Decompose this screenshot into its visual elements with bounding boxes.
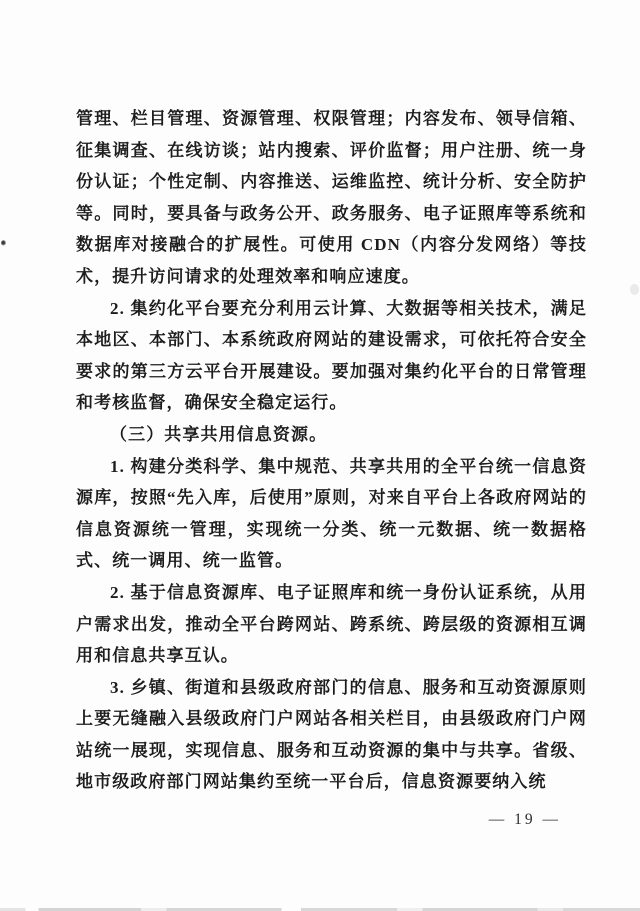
paragraph-continuation: 管理、栏目管理、资源管理、权限管理；内容发布、领导信箱、征集调查、在线访谈；站内…: [76, 103, 587, 293]
paragraph-item-3: 3. 乡镇、街道和县级政府部门的信息、服务和互动资源原则上要无缝融入县级政府门户…: [76, 672, 587, 798]
document-page: 管理、栏目管理、资源管理、权限管理；内容发布、领导信箱、征集调查、在线访谈；站内…: [0, 0, 640, 911]
page-number: — 19 —: [489, 811, 561, 829]
document-text-block: 管理、栏目管理、资源管理、权限管理；内容发布、领导信箱、征集调查、在线访谈；站内…: [76, 103, 587, 798]
section-heading: （三）共享共用信息资源。: [76, 419, 587, 451]
paragraph-item-1: 1. 构建分类科学、集中规范、共享共用的全平台统一信息资源库，按照“先入库，后使…: [76, 451, 587, 577]
scan-speck-artifact: [1, 240, 6, 246]
paragraph-item-2b: 2. 基于信息资源库、电子证照库和统一身份认证系统，从用户需求出发，推动全平台跨…: [76, 577, 587, 672]
paragraph-item-2: 2. 集约化平台要充分利用云计算、大数据等相关技术，满足本地区、本部门、本系统政…: [76, 293, 587, 419]
scan-smudge-artifact: [630, 284, 639, 295]
